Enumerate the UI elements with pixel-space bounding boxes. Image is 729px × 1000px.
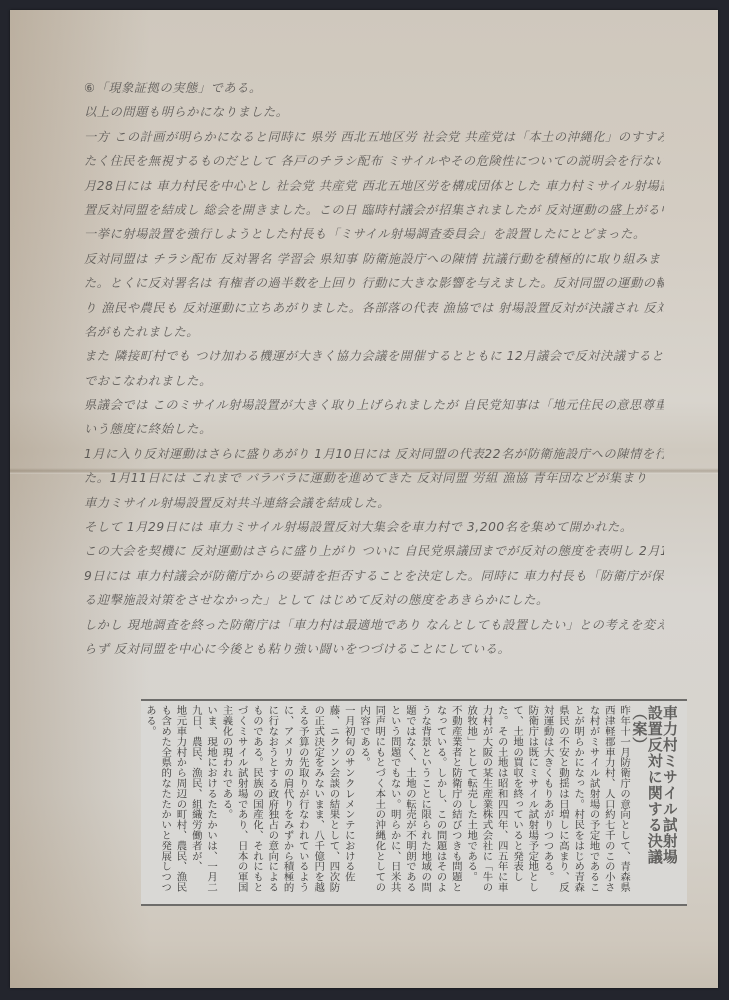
- handwritten-line: 反対同盟は チラシ配布 反対署名 学習会 県知事 防衛施設庁への陳情 抗議行動を…: [84, 247, 664, 271]
- newspaper-clipping: 車力村ミサイル試射場 設置反対に関する決議（案） 昨年十一月防衛庁の意向として、…: [141, 699, 687, 906]
- handwritten-line: 以上の問題も明らかになりました。: [84, 100, 664, 124]
- clipping-paragraph: 一月初旬のサンクレメンテにおける佐藤、ニクソン会談の結果として、四次防の正式決定…: [218, 705, 356, 900]
- handwritten-line: また 隣接町村でも つけ加わる機運が大きく協力会議を開催するとともに 12月議会…: [84, 344, 664, 368]
- handwritten-line: 1月に入り反対運動はさらに盛りあがり 1月10日には 反対同盟の代表22名が防衛…: [84, 442, 664, 466]
- clipping-title-line-2: 設置反対に関する決議（案）: [630, 705, 663, 865]
- handwritten-line: 一挙に射場設置を強行しようとした村長も「ミサイル射場調査委員会」を設置したにとど…: [84, 222, 664, 246]
- clipping-paragraph: 地元車力村から周辺の町村、農民、漁民も含めた全県的なたたかいと発展しつつある。: [147, 705, 188, 900]
- clipping-paragraph: 防衛庁は既にミサイル試射場予定地として、土地の買収を終っていると発表した。その土…: [463, 705, 539, 900]
- handwritten-line: り 漁民や農民も 反対運動に立ちあがりました。各部落の代表 漁協では 射場設置反…: [84, 296, 664, 320]
- handwritten-text-block: ⑥「現象証拠の実態」である。以上の問題も明らかになりました。一方 この計画が明ら…: [84, 76, 664, 661]
- clipping-subtitle: 設置反対に関する決議（案）: [631, 705, 662, 900]
- handwritten-line: 車力ミサイル射場設置反対共斗連絡会議を結成した。: [84, 491, 664, 515]
- clipping-paragraph: いま、現地におけるたたかいは、一月二九日、農民、漁民、組織労働者が、: [188, 705, 219, 900]
- handwritten-line: らず 反対同盟を中心に今後とも粘り強い闘いをつづけることにしている。: [84, 637, 664, 661]
- handwritten-line: そして 1月29日には 車力ミサイル射場設置反対大集会を車力村で 3,200名を…: [84, 515, 664, 539]
- clipping-columns: 昨年十一月防衛庁の意向として、青森県西津軽郡車力村、人口約七千のこの小さな村がミ…: [147, 705, 631, 900]
- handwritten-line: いう態度に終始した。: [84, 417, 664, 441]
- handwritten-line: 9日には 車力村議会が防衛庁からの要請を拒否することを決定した。同時に 車力村長…: [84, 564, 664, 588]
- handwritten-line: 置反対同盟を結成し 総会を開きました。この日 臨時村議会が招集されましたが 反対…: [84, 198, 664, 222]
- handwritten-line: たく住民を無視するものだとして 各戸のチラシ配布 ミサイルやその危険性についての…: [84, 149, 664, 173]
- handwritten-line: 名がもたれました。: [84, 320, 664, 344]
- clipping-paragraph: 昨年十一月防衛庁の意向として、青森県西津軽郡車力村、人口約七千のこの小さな村がミ…: [539, 705, 631, 900]
- clipping-title: 車力村ミサイル試射場: [662, 705, 677, 900]
- handwritten-line: た。1月11日には これまで バラバラに運動を進めてきた 反対同盟 労組 漁協 …: [84, 466, 664, 490]
- handwritten-line: しかし 現地調査を終った防衛庁は「車力村は最適地であり なんとしても設置したい」…: [84, 613, 664, 637]
- clipping-vertical-text: 車力村ミサイル試射場 設置反対に関する決議（案） 昨年十一月防衛庁の意向として、…: [147, 705, 677, 900]
- handwritten-line: 一方 この計画が明らかになると同時に 県労 西北五地区労 社会党 共産党は「本土…: [84, 125, 664, 149]
- handwritten-line: た。とくに反対署名は 有権者の過半数を上回り 行動に大きな影響を与えました。反対…: [84, 271, 664, 295]
- handwritten-line: 月28日には 車力村民を中心とし 社会党 共産党 西北五地区労を構成団体とした …: [84, 174, 664, 198]
- document-sheet: ⑥「現象証拠の実態」である。以上の問題も明らかになりました。一方 この計画が明ら…: [10, 10, 718, 988]
- handwritten-line: 県議会では このミサイル射場設置が大きく取り上げられましたが 自民党知事は「地元…: [84, 393, 664, 417]
- handwritten-line: ⑥「現象証拠の実態」である。: [84, 76, 664, 100]
- handwritten-line: でおこなわれました。: [84, 369, 664, 393]
- handwritten-line: る迎撃施設対策をさせなかった」として はじめて反対の態度をあきらかにした。: [84, 588, 664, 612]
- handwritten-line: この大会を契機に 反対運動はさらに盛り上がり ついに 自民党県議団までが反対の態…: [84, 539, 664, 563]
- clipping-paragraph: 不動産業者と防衛庁の結びつきも問題となっている。しかし、この問題はそのような背景…: [356, 705, 463, 900]
